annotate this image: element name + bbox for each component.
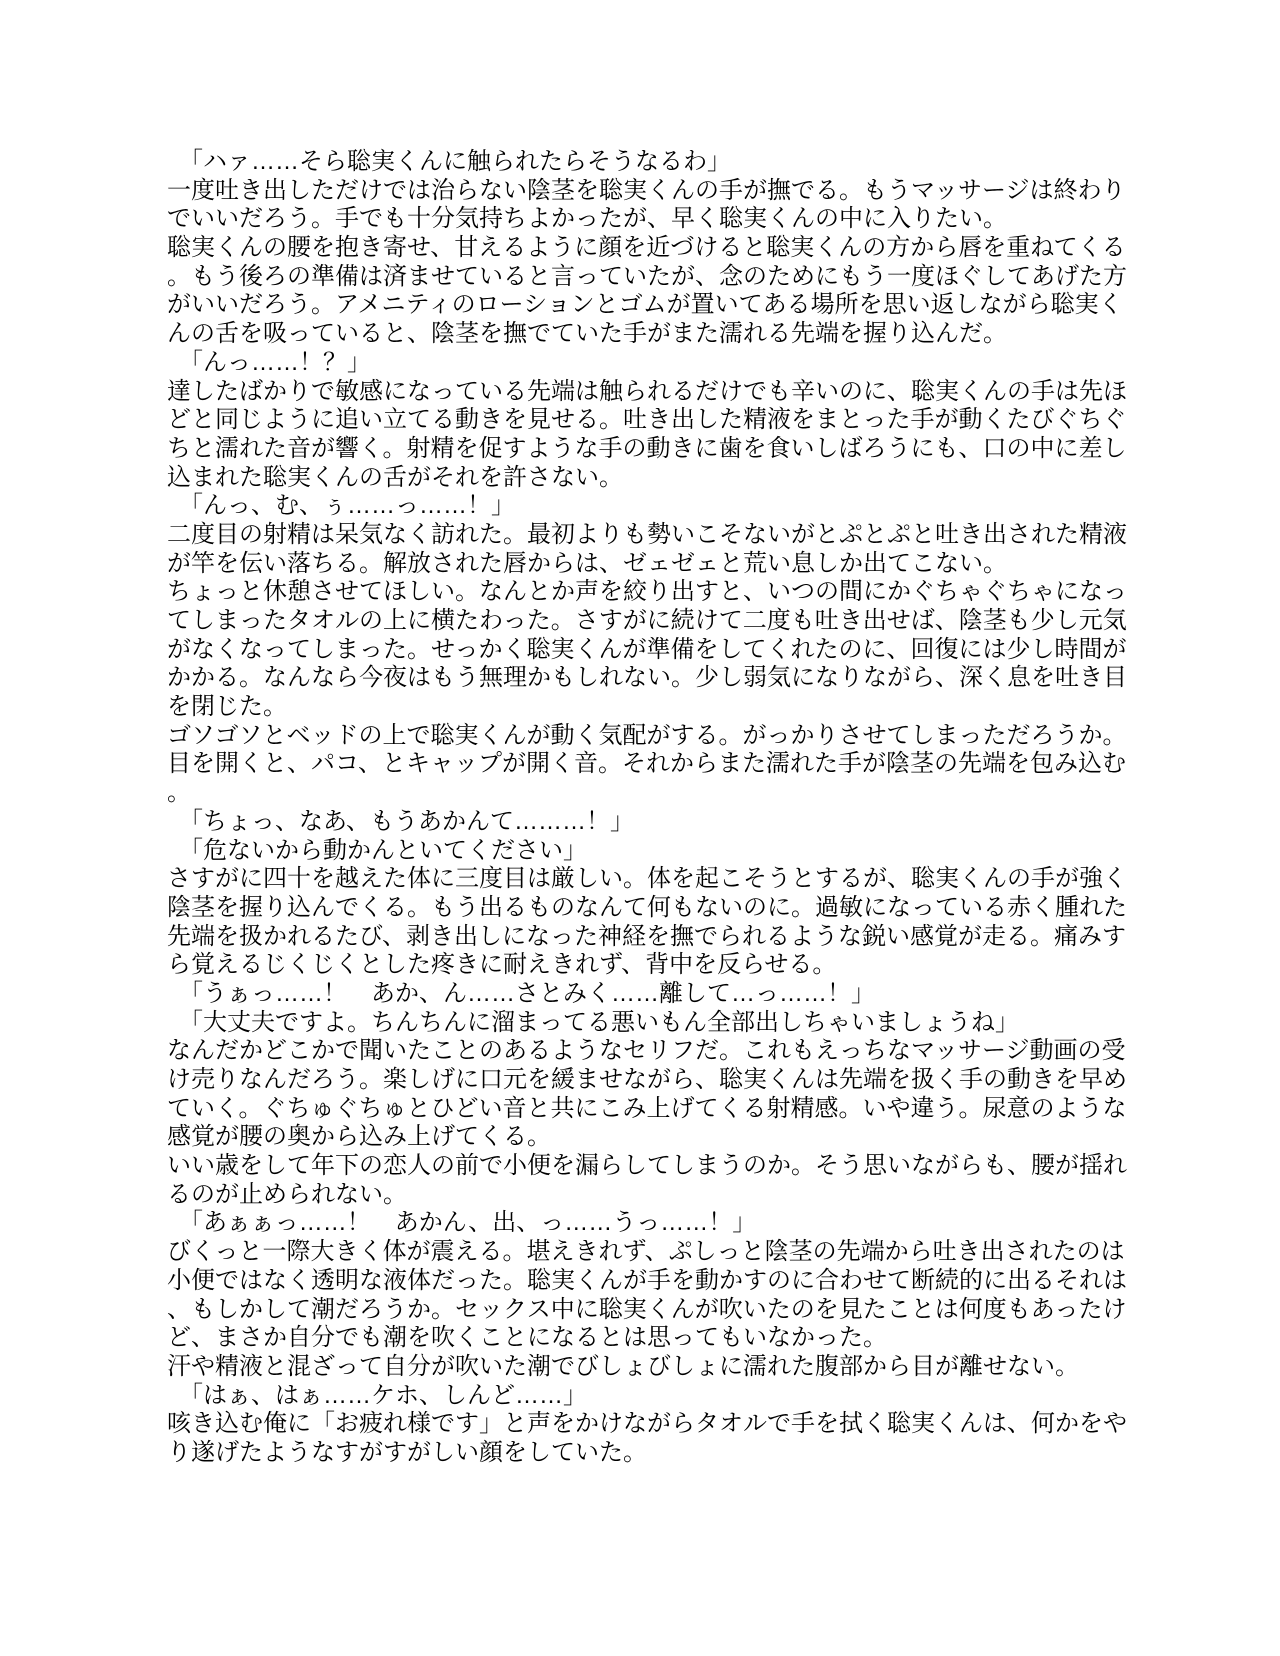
text-line: 「あぁぁっ……！ あかん、出、っ……うっ……！」 [167,1209,1167,1238]
text-line: 一度吐き出しただけでは治らない陰茎を聡実くんの手が撫でる。もうマッサージは終わり [167,177,1167,206]
document-page: 「ハァ……そら聡実くんに触られたらそうなるわ」一度吐き出しただけでは治らない陰茎… [0,0,1280,1656]
text-line: 目を開くと、パコ、とキャップが開く音。それからまた濡れた手が陰茎の先端を包み込む [167,750,1167,779]
text-line: 汗や精液と混ざって自分が吹いた潮でびしょびしょに濡れた腹部から目が離せない。 [167,1353,1167,1382]
text-line: 小便ではなく透明な液体だった。聡実くんが手を動かすのに合わせて断続的に出るそれは [167,1267,1167,1296]
text-line: 感覚が腰の奥から込み上げてくる。 [167,1123,1167,1152]
text-line: ちょっと休憩させてほしい。なんとか声を絞り出すと、いつの間にかぐちゃぐちゃになっ [167,578,1167,607]
text-line: 「んっ……！？」 [167,349,1167,378]
text-line: 。もう後ろの準備は済ませていると言っていたが、念のためにもう一度ほぐしてあげた方 [167,263,1167,292]
text-line: 先端を扱かれるたび、剥き出しになった神経を撫でられるような鋭い感覚が走る。痛みす [167,923,1167,952]
text-line: どと同じように追い立てる動きを見せる。吐き出した精液をまとった手が動くたびぐちぐ [167,406,1167,435]
text-line: てしまったタオルの上に横たわった。さすがに続けて二度も吐き出せば、陰茎も少し元気 [167,607,1167,636]
text-line: 。 [167,779,1167,808]
text-line: がなくなってしまった。せっかく聡実くんが準備をしてくれたのに、回復には少し時間が [167,636,1167,665]
text-line: が竿を伝い落ちる。解放された唇からは、ゼェゼェと荒い息しか出てこない。 [167,550,1167,579]
text-line: ら覚えるじくじくとした疼きに耐えきれず、背中を反らせる。 [167,951,1167,980]
text-line: 「大丈夫ですよ。ちんちんに溜まってる悪いもん全部出しちゃいましょうね」 [167,1009,1167,1038]
text-line: ちと濡れた音が響く。射精を促すような手の動きに歯を食いしばろうにも、口の中に差し [167,435,1167,464]
text-line: んの舌を吸っていると、陰茎を撫でていた手がまた濡れる先端を握り込んだ。 [167,320,1167,349]
text-line: を閉じた。 [167,693,1167,722]
text-line: ど、まさか自分でも潮を吹くことになるとは思ってもいなかった。 [167,1324,1167,1353]
text-line: さすがに四十を越えた体に三度目は厳しい。体を起こそうとするが、聡実くんの手が強く [167,865,1167,894]
text-line: 「んっ、む、ぅ……っ……！」 [167,492,1167,521]
text-line: なんだかどこかで聞いたことのあるようなセリフだ。これもえっちなマッサージ動画の受 [167,1037,1167,1066]
text-line: 聡実くんの腰を抱き寄せ、甘えるように顔を近づけると聡実くんの方から唇を重ねてくる [167,234,1167,263]
text-line: 「危ないから動かんといてください」 [167,837,1167,866]
text-line: いい歳をして年下の恋人の前で小便を漏らしてしまうのか。そう思いながらも、腰が揺れ [167,1152,1167,1181]
text-line: がいいだろう。アメニティのローションとゴムが置いてある場所を思い返しながら聡実く [167,291,1167,320]
text-line: 陰茎を握り込んでくる。もう出るものなんて何もないのに。過敏になっている赤く腫れた [167,894,1167,923]
text-line: でいいだろう。手でも十分気持ちよかったが、早く聡実くんの中に入りたい。 [167,205,1167,234]
text-line: 「うぁっ……！ あか、ん……さとみく……離して…っ……！」 [167,980,1167,1009]
text-line: 込まれた聡実くんの舌がそれを許さない。 [167,464,1167,493]
text-line: 二度目の射精は呆気なく訪れた。最初よりも勢いこそないがとぷとぷと吐き出された精液 [167,521,1167,550]
body-text: 「ハァ……そら聡実くんに触られたらそうなるわ」一度吐き出しただけでは治らない陰茎… [167,148,1167,1468]
text-line: 「はぁ、はぁ……ケホ、しんど……」 [167,1382,1167,1411]
text-line: 「ハァ……そら聡実くんに触られたらそうなるわ」 [167,148,1167,177]
text-line: 、もしかして潮だろうか。セックス中に聡実くんが吹いたのを見たことは何度もあったけ [167,1296,1167,1325]
text-line: かかる。なんなら今夜はもう無理かもしれない。少し弱気になりながら、深く息を吐き目 [167,664,1167,693]
text-line: ゴソゴソとベッドの上で聡実くんが動く気配がする。がっかりさせてしまっただろうか。 [167,722,1167,751]
text-line: びくっと一際大きく体が震える。堪えきれず、ぷしっと陰茎の先端から吐き出されたのは [167,1238,1167,1267]
text-line: 達したばかりで敏感になっている先端は触られるだけでも辛いのに、聡実くんの手は先ほ [167,378,1167,407]
text-line: るのが止められない。 [167,1181,1167,1210]
text-line: 「ちょっ、なあ、もうあかんて………！」 [167,808,1167,837]
text-line: 咳き込む俺に「お疲れ様です」と声をかけながらタオルで手を拭く聡実くんは、何かをや [167,1410,1167,1439]
text-line: ていく。ぐちゅぐちゅとひどい音と共にこみ上げてくる射精感。いや違う。尿意のような [167,1095,1167,1124]
text-line: り遂げたようなすがすがしい顔をしていた。 [167,1439,1167,1468]
text-line: け売りなんだろう。楽しげに口元を緩ませながら、聡実くんは先端を扱く手の動きを早め [167,1066,1167,1095]
